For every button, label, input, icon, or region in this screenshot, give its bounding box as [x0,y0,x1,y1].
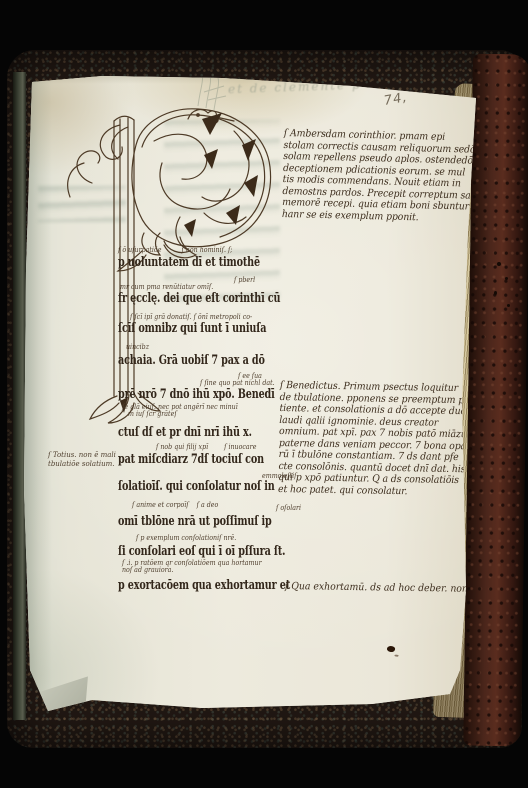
manuscript-text-line: ſcīſ omnibz qui ſunt ī uniuſa [118,321,266,336]
manuscript-text-line: p uoluntatem dī et timothē [118,255,260,270]
right-commentary-paragraph-2: ſ Benedictus. Primum psectus loquiturde … [278,380,490,499]
manuscript-text-line: ſ ſine quo pat nichl dat. [200,379,275,387]
manuscript-text-line: achaia. Grā uobiſ 7 pax a dō [118,353,265,368]
manuscript-text-line: noſ ad grauiora. [122,566,173,574]
right-commentary-paragraph-1: ſ Ambersdam corinthior. pmam epistolam c… [282,128,491,225]
manuscript-text-line: pat miſcdiarz 7dſ tociuſ con [118,452,264,467]
manuscript-text-line: ſi conſolari eoſ qui ī oī pſſura ſt. [118,544,285,559]
manuscript-text-line: p exortacōem qua exhortamur et [118,578,290,593]
manuscript-text-line: ſ ō uſurpatiōe ſ non hominiſ. ſ; [118,246,232,254]
worm-hole [497,262,501,266]
parchment-page: et de clemente p 74, [22,70,478,714]
gutter-cloth-edge [13,72,26,720]
manuscript-text-line: ctuſ dſ et pr dnī nrī ihū x. [118,425,252,440]
worm-hole [507,304,510,307]
margin-note-line: tbulatiōe solatium. [48,460,116,469]
commentary-line: et hoc patet. qui consolatur. [278,483,474,498]
book-cover-right [463,54,528,747]
margin-note: ſ Totius. non ē malitbulatiōe solatium. [48,451,116,468]
manuscript-text-line: ſ ſcī ipī grā donatiſ. ſ ōnī metropoli c… [130,313,252,321]
ink-blot [386,645,395,653]
manuscript-text-line: uincibz [126,343,149,351]
manuscript-text-line: ſ nob qui filij xpī ſ inuocare [156,443,256,451]
manuscript-text-line: omī tblōne nrā ut poſſimuſ ip [118,514,272,529]
manuscript-text-line: prē nrō 7 dnō ihū xpō. Benedī [118,387,275,402]
manuscript-text-line: mr cum pma renūtiatur omīſ. [120,283,213,291]
manuscript-text-line: ſolatioīſ. qui conſolatur noſ in [118,479,275,494]
manuscript-photo: et de clemente p 74, [0,0,528,788]
manuscript-text-line: fr ęcclę. dei que eſt corinthī cū [118,291,280,306]
manuscript-text-line: ſ p exemplum conſolationiſ nrē. [136,534,236,542]
manuscript-text-line: m iuſ ſcr grāteſ [128,410,177,418]
manuscript-text-line: ſ anime et corpoīſ ſ a deo [132,501,218,509]
manuscript-text-line: ſ oſolari [276,504,301,512]
margin-note-line: ſ Totius. non ē mali [48,451,116,460]
worm-hole [494,291,497,295]
bottom-note-line: ſ Qua exhortamū. ds ad hoc deber. non. [285,581,471,595]
worm-hole [505,277,508,280]
manuscript-text-line: ſ pberl [234,276,255,284]
folio-number: 74, [383,90,409,109]
